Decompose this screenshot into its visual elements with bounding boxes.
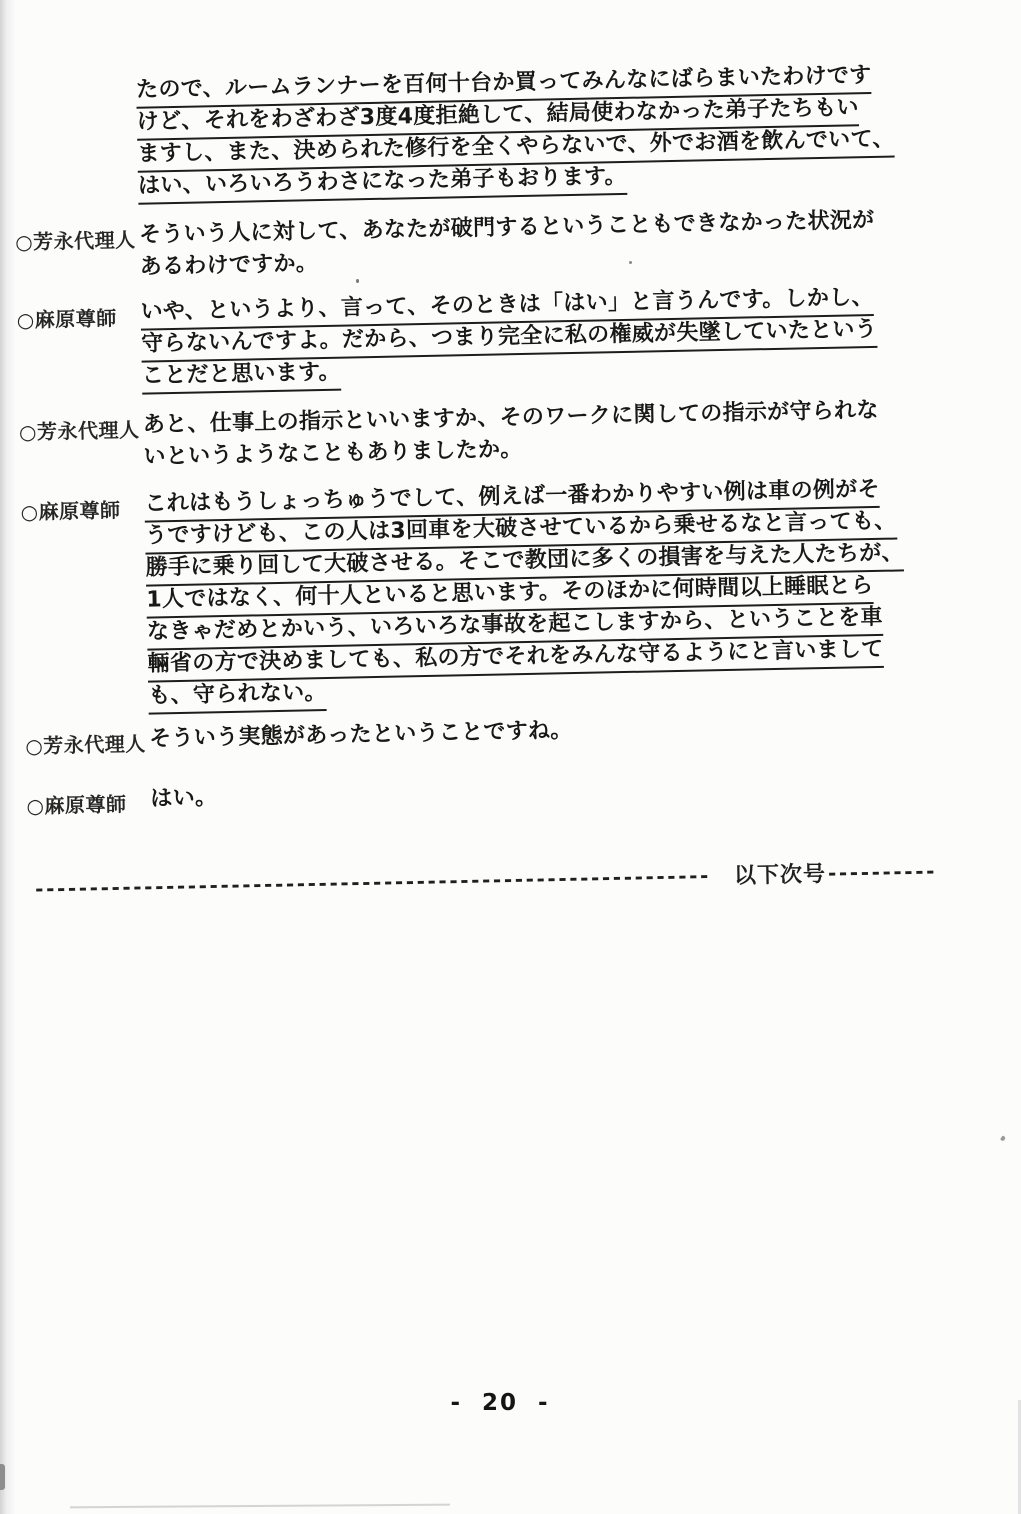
divider-dashes-left: ----------------------------------------… (35, 862, 732, 900)
utterance-text: そういう実態があったということですね。 (149, 709, 939, 757)
continuation-divider: ----------------------------------------… (35, 855, 937, 904)
utterance-text: いや、というより、言って、そのときは「はい」と言うんです。しかし、守らないんです… (140, 283, 932, 395)
dialogue-turn: ○麻原尊師はい。 (0, 768, 999, 820)
text-line: そういう人に対して、あなたが破門するということもできなかった状況が (139, 206, 875, 253)
page-content: たので、ルームランナーを百何十台か買ってみんなにばらまいたわけですけど、それをわ… (0, 0, 1021, 1514)
page-number: - 20 - (0, 1390, 1000, 1416)
text-line: あるわけですか。 (139, 249, 318, 285)
text-line: ことだと思います。 (142, 359, 342, 395)
dialogue-turn: たので、ルームランナーを百何十台か買ってみんなにばらまいたわけですけど、それをわ… (0, 60, 986, 208)
text-line: いというようなこともありましたか。 (143, 435, 523, 475)
dialogue-turn: ○麻原尊師いや、というより、言って、そのときは「はい」と言うんです。しかし、守ら… (0, 282, 990, 398)
utterance-text: あと、仕事上の指示といいますか、そのワークに関しての指示が守られないというような… (143, 395, 934, 475)
speaker-label (0, 77, 136, 83)
speaker-label: ○芳永代理人 (0, 725, 150, 760)
text-line: も、守られない。 (148, 679, 327, 715)
continuation-label: 以下次号 (734, 857, 827, 890)
text-line: そういう実態があったということですね。 (149, 716, 573, 756)
dialogue-turn: ○芳永代理人そういう実態があったということですね。 (0, 708, 997, 760)
speaker-label: ○麻原尊師 (0, 785, 151, 820)
dialogue: たので、ルームランナーを百何十台か買ってみんなにばらまいたわけですけど、それをわ… (0, 60, 999, 820)
speaker-label: ○麻原尊師 (0, 491, 145, 526)
utterance-text: はい。 (150, 769, 940, 817)
dialogue-turn: ○芳永代理人あと、仕事上の指示といいますか、そのワークに関しての指示が守られない… (0, 394, 992, 478)
speaker-label: ○芳永代理人 (0, 411, 143, 446)
utterance-text: これはもうしょっちゅうでして、例えば一番わかりやすい例は車の例がそうですけども、… (144, 475, 938, 715)
dialogue-turn: ○麻原尊師これはもうしょっちゅうでして、例えば一番わかりやすい例は車の例がそうで… (0, 474, 997, 718)
text-line: はい。 (150, 783, 218, 816)
speaker-label: ○芳永代理人 (0, 221, 139, 256)
scan-speck (356, 279, 359, 283)
speaker-label: ○麻原尊師 (0, 299, 141, 334)
scanned-document-page: たので、ルームランナーを百何十台か買ってみんなにばらまいたわけですけど、それをわ… (0, 0, 1021, 1514)
scan-speck (629, 261, 632, 264)
scan-edge-mark (0, 1464, 5, 1490)
utterance-text: たので、ルームランナーを百何十台か買ってみんなにばらまいたわけですけど、それをわ… (136, 61, 928, 205)
dialogue-turn: ○芳永代理人そういう人に対して、あなたが破門するということもできなかった状況があ… (0, 204, 988, 288)
divider-dashes-right: ---------- (828, 858, 937, 884)
utterance-text: そういう人に対して、あなたが破門するということもできなかった状況があるわけですか… (139, 205, 930, 285)
